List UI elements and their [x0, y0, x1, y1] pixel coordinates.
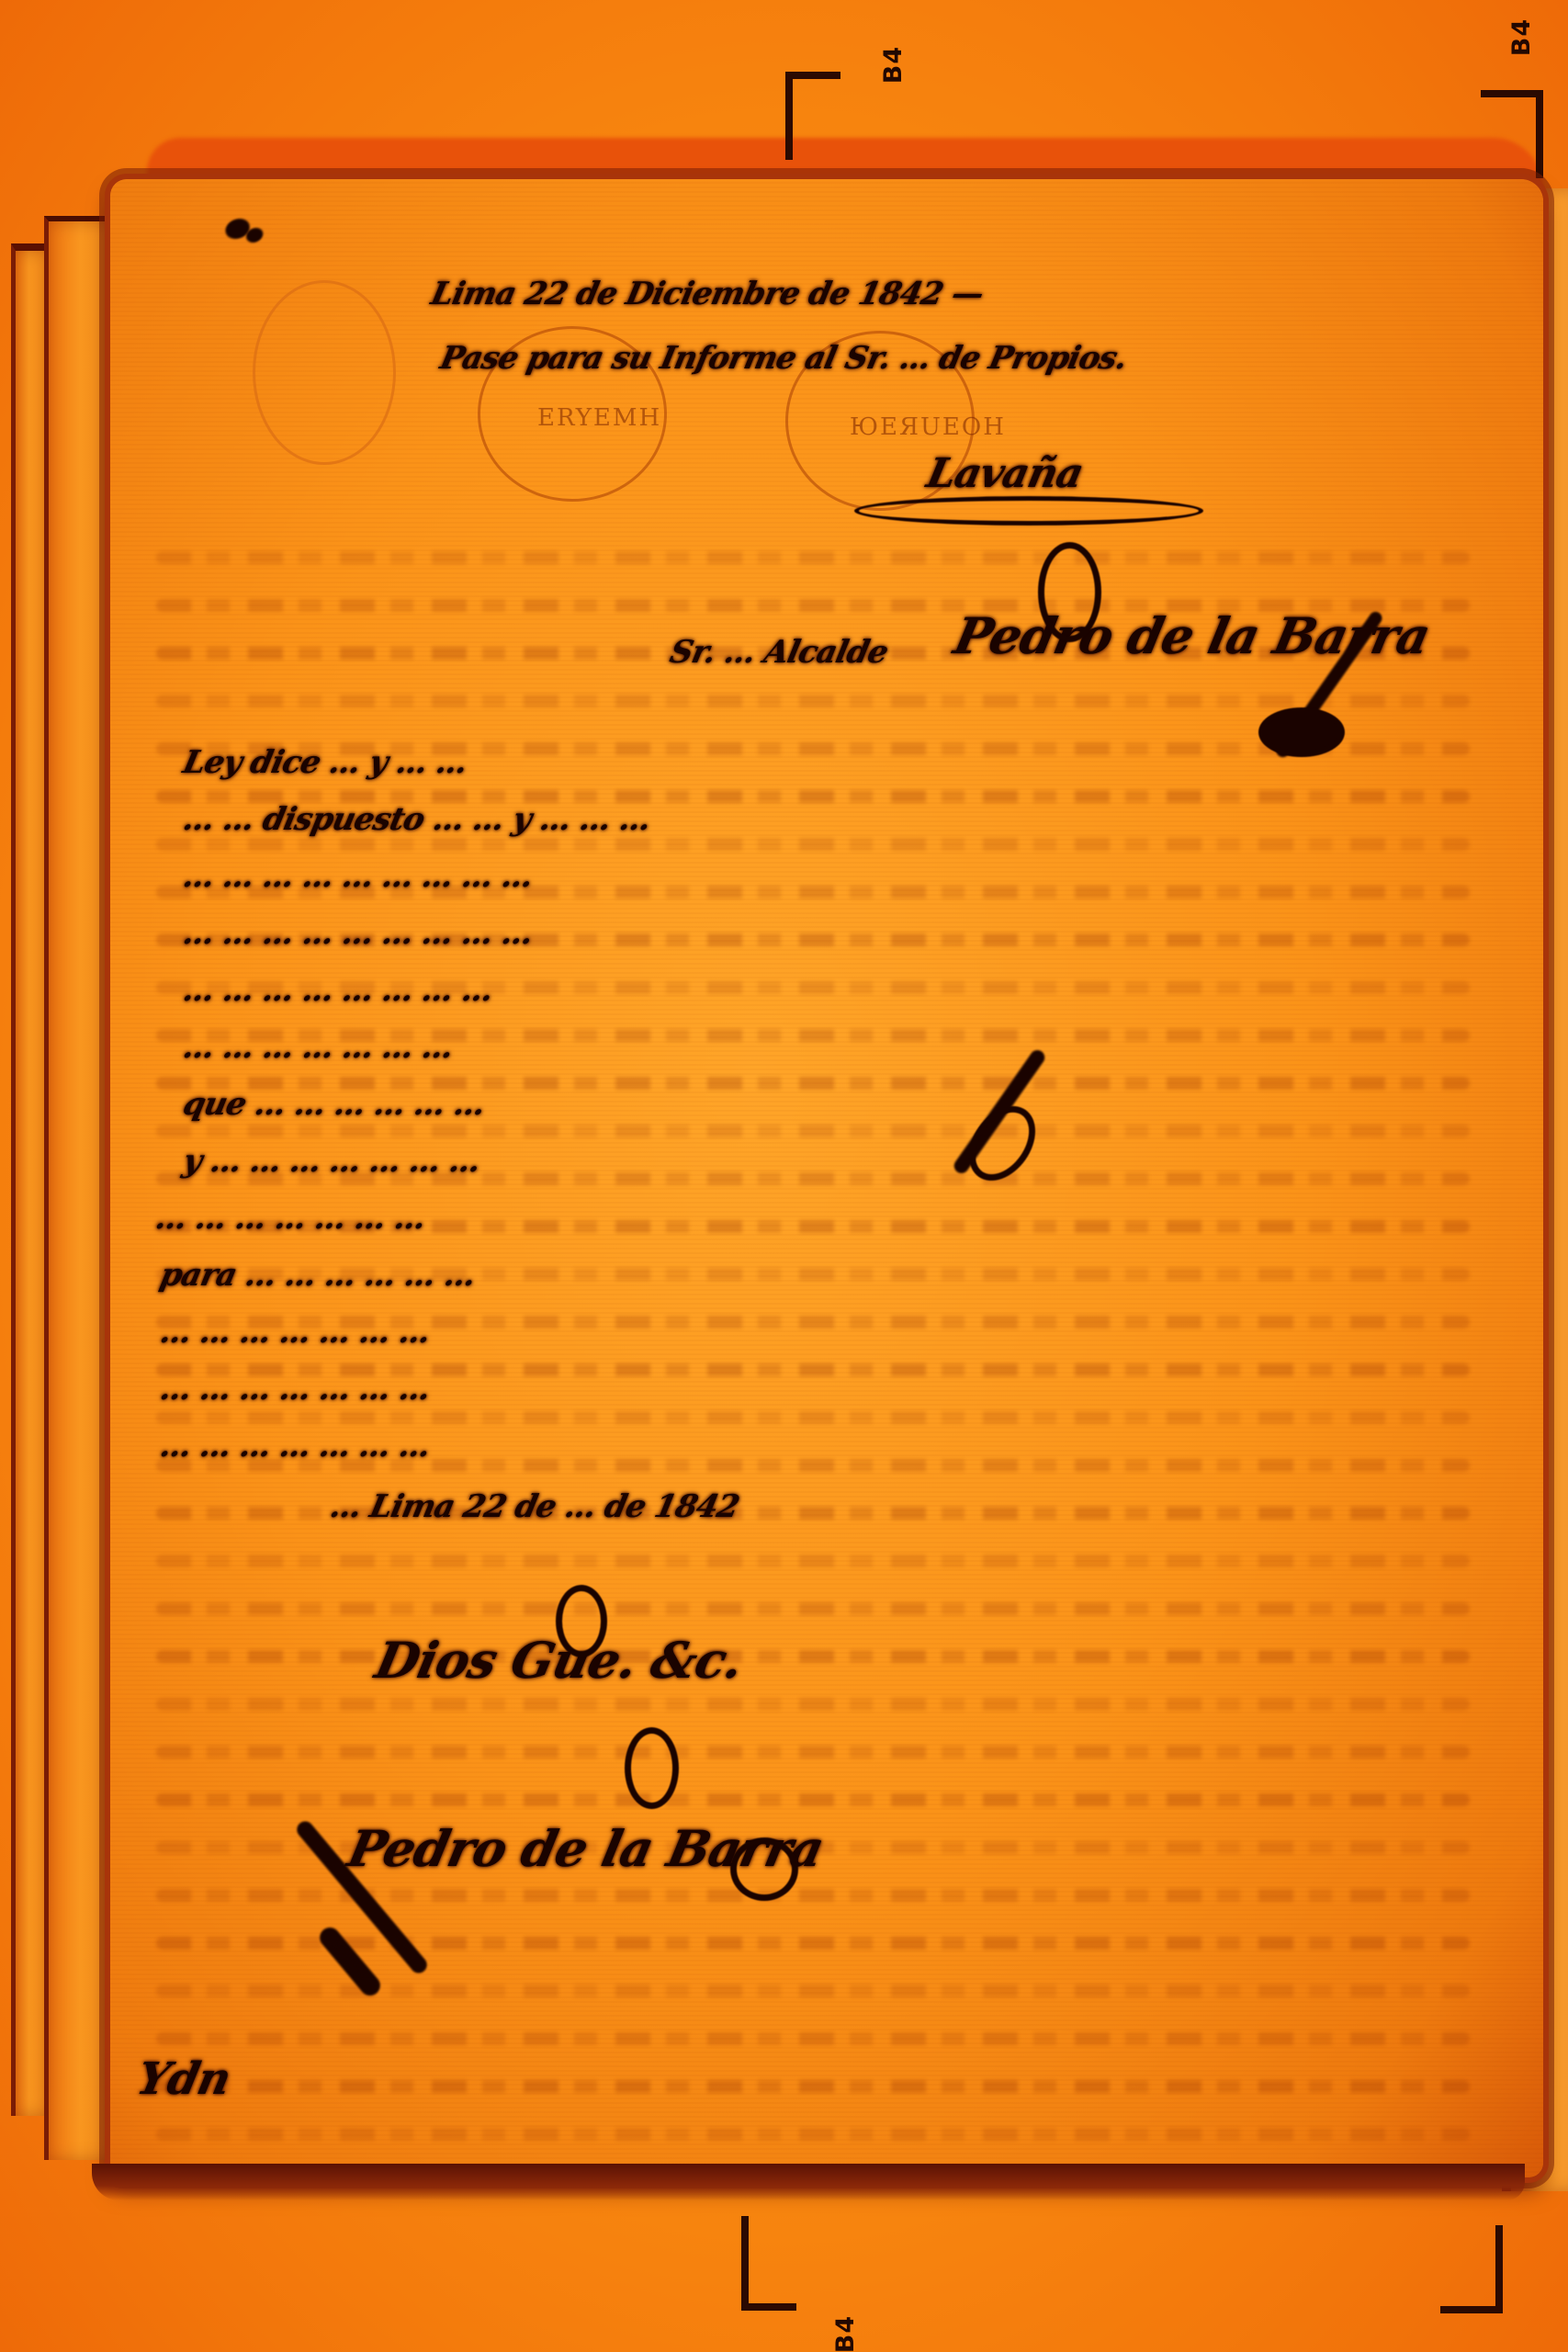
tax-stamp-left-text: ERYEMH	[537, 404, 661, 432]
body-line: ... ... dispuesto ... ... y ... ... ...	[180, 801, 654, 838]
signature-blot-top	[1258, 707, 1345, 757]
rubric-lavana-underline	[854, 496, 1203, 526]
header-decree-line: Pase para su Informe al Sr. ... de Propi…	[437, 340, 1130, 377]
body-line: que ... ... ... ... ... ...	[180, 1086, 489, 1123]
body-line: Ley dice ... y ... ...	[180, 744, 470, 781]
embossed-seal	[253, 280, 396, 465]
body-line: ... ... ... ... ... ... ...	[157, 1371, 434, 1408]
bleed-line	[156, 1650, 1470, 1663]
bleed-line	[156, 551, 1470, 564]
signature-loop-top	[1038, 542, 1101, 642]
page-bottom-edge	[92, 2164, 1525, 2200]
bleed-line	[156, 695, 1470, 707]
salutation: Sr. ... Alcalde	[667, 634, 891, 671]
body-line: ... ... ... ... ... ... ... ... ...	[180, 858, 536, 895]
bleed-line	[156, 1698, 1470, 1711]
folio-mark	[222, 219, 265, 244]
bleed-line	[156, 1984, 1470, 1997]
bleed-line	[156, 1937, 1470, 1950]
closing-date-line: ... Lima 22 de ... de 1842	[327, 1488, 742, 1525]
body-line: y ... ... ... ... ... ... ...	[180, 1143, 484, 1180]
header-date-line: Lima 22 de Diciembre de 1842 —	[428, 276, 987, 312]
crop-mark-top-right	[1481, 90, 1543, 178]
body-line: ... ... ... ... ... ... ...	[157, 1314, 434, 1351]
bleed-line	[156, 2128, 1470, 2141]
bleed-line	[156, 2032, 1470, 2045]
bleed-line	[156, 1125, 1470, 1137]
closing-signature-loop	[625, 1727, 679, 1809]
body-line: para ... ... ... ... ... ...	[157, 1257, 479, 1294]
margin-note: Ydn	[132, 2053, 235, 2105]
crop-mark-bottom-left	[741, 2216, 796, 2311]
body-line: ... ... ... ... ... ... ... ... ...	[180, 915, 536, 952]
closing-signature-loop-2	[730, 1837, 798, 1901]
rubric-lavana: Lavaña	[923, 450, 1088, 497]
grid-label-bottom-left: B4	[831, 2315, 860, 2352]
body-line: ... ... ... ... ... ... ...	[157, 1428, 434, 1464]
bleed-line	[156, 1411, 1470, 1424]
bleed-line	[156, 1555, 1470, 1567]
body-line: ... ... ... ... ... ... ...	[180, 1029, 457, 1066]
closing-formula-loop	[556, 1585, 607, 1657]
body-line: ... ... ... ... ... ... ...	[152, 1200, 429, 1237]
grid-label-top-right: B4	[1507, 18, 1536, 56]
bleed-line	[156, 1793, 1470, 1806]
body-line: ... ... ... ... ... ... ... ...	[180, 972, 496, 1009]
crop-mark-bottom-right	[1440, 2225, 1503, 2313]
bleed-line	[156, 2080, 1470, 2093]
crop-mark-top-left	[785, 72, 840, 160]
grid-label-top-left: B4	[879, 46, 908, 84]
bleed-line	[156, 1746, 1470, 1758]
tax-stamp-right-text: ЮЕЯUEOH	[850, 413, 1006, 441]
bleed-line	[156, 838, 1470, 851]
bleed-line	[156, 1602, 1470, 1615]
